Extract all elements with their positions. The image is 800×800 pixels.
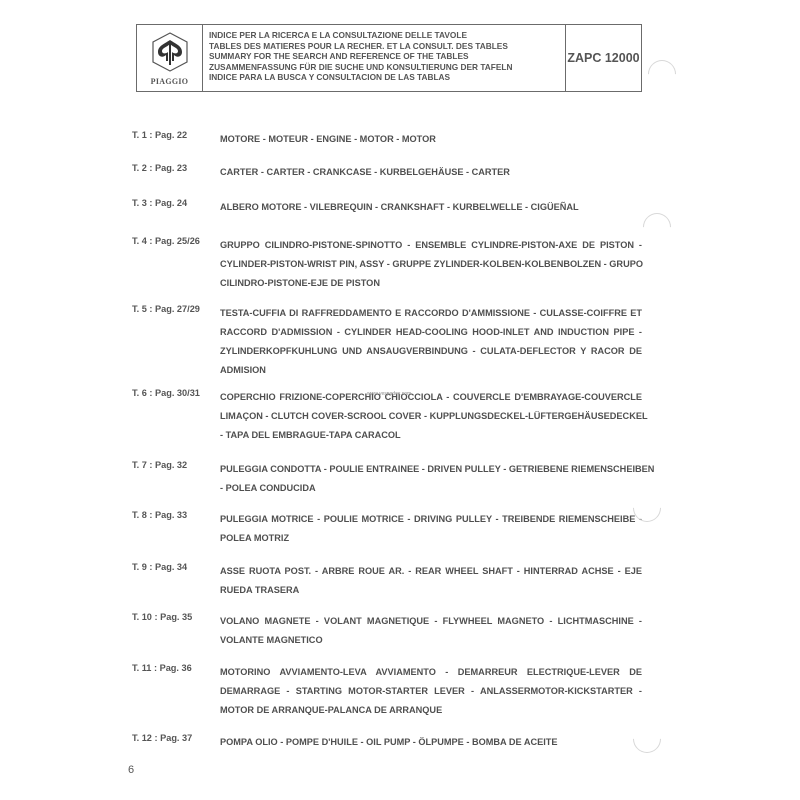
entry-description: PULEGGIA CONDOTTA - POULIE ENTRAINEE - D… [220,460,642,498]
description-line: MOTORINO AVVIAMENTO-LEVA AVVIAMENTO - DE… [220,663,642,682]
description-line: VOLANTE MAGNETICO [220,631,642,650]
index-header-box: PIAGGIO INDICE PER LA RICERCA E LA CONSU… [136,24,642,92]
page-number: 6 [128,764,134,776]
description-line: POMPA OLIO - POMPE D'HUILE - OIL PUMP - … [220,733,642,752]
entry-description: ALBERO MOTORE - VILEBREQUIN - CRANKSHAFT… [220,198,642,217]
description-line: - TAPA DEL EMBRAGUE-TAPA CARACOL [220,426,642,445]
table-page-reference: T. 2 : Pag. 23 [132,163,187,173]
description-line: CYLINDER-PISTON-WRIST PIN, ASSY - GRUPPE… [220,255,642,274]
description-line: PULEGGIA MOTRICE - POULIE MOTRICE - DRIV… [220,510,642,529]
watermark: www.vespadoc.com [367,391,411,397]
description-line: PULEGGIA CONDOTTA - POULIE ENTRAINEE - D… [220,460,642,479]
description-line: COPERCHIO FRIZIONE-COPERCHIO CHIOCCIOLA … [220,388,642,407]
entry-description: VOLANO MAGNETE - VOLANT MAGNETIQUE - FLY… [220,612,642,650]
description-line: GRUPPO CILINDRO-PISTONE-SPINOTTO - ENSEM… [220,236,642,255]
table-page-reference: T. 10 : Pag. 35 [132,612,192,622]
description-line: - POLEA CONDUCIDA [220,479,642,498]
table-page-reference: T. 4 : Pag. 25/26 [132,236,200,246]
description-line: ALBERO MOTORE - VILEBREQUIN - CRANKSHAFT… [220,198,642,217]
description-line: POLEA MOTRIZ [220,529,642,548]
table-page-reference: T. 3 : Pag. 24 [132,198,187,208]
document-code: ZAPC 12000 [566,25,641,91]
description-line: MOTORE - MOTEUR - ENGINE - MOTOR - MOTOR [220,130,642,149]
description-line: DEMARRAGE - STARTING MOTOR-STARTER LEVER… [220,682,642,701]
description-line: CARTER - CARTER - CRANKCASE - KURBELGEHÄ… [220,163,642,182]
description-line: CILINDRO-PISTONE-EJE DE PISTON [220,274,642,293]
title-line-it: INDICE PER LA RICERCA E LA CONSULTAZIONE… [209,30,559,41]
entry-description: MOTORINO AVVIAMENTO-LEVA AVVIAMENTO - DE… [220,663,642,720]
description-line: ASSE RUOTA POST. - ARBRE ROUE AR. - REAR… [220,562,642,581]
table-page-reference: T. 6 : Pag. 30/31 [132,388,200,398]
entry-description: PULEGGIA MOTRICE - POULIE MOTRICE - DRIV… [220,510,642,548]
title-line-de: ZUSAMMENFASSUNG FÜR DIE SUCHE UND KONSUL… [209,62,559,73]
entry-description: POMPA OLIO - POMPE D'HUILE - OIL PUMP - … [220,733,642,752]
binder-hole [637,207,677,247]
description-line: LIMAÇON - CLUTCH COVER-SCROOL COVER - KU… [220,407,642,426]
table-page-reference: T. 7 : Pag. 32 [132,460,187,470]
logo-cell: PIAGGIO [137,25,203,91]
binder-hole [627,719,667,759]
brand-name: PIAGGIO [151,77,189,86]
entry-description: GRUPPO CILINDRO-PISTONE-SPINOTTO - ENSEM… [220,236,642,293]
description-line: ADMISION [220,361,642,380]
index-title: INDICE PER LA RICERCA E LA CONSULTAZIONE… [203,25,566,91]
title-line-en: SUMMARY FOR THE SEARCH AND REFERENCE OF … [209,51,559,62]
entry-description: TESTA-CUFFIA DI RAFFREDDAMENTO E RACCORD… [220,304,642,380]
description-line: VOLANO MAGNETE - VOLANT MAGNETIQUE - FLY… [220,612,642,631]
table-page-reference: T. 8 : Pag. 33 [132,510,187,520]
title-line-es: INDICE PARA LA BUSCA Y CONSULTACION DE L… [209,72,559,83]
description-line: RACCORD D'ADMISSION - CYLINDER HEAD-COOL… [220,323,642,342]
description-line: RUEDA TRASERA [220,581,642,600]
description-line: MOTOR DE ARRANQUE-PALANCA DE ARRANQUE [220,701,642,720]
table-page-reference: T. 11 : Pag. 36 [132,663,192,673]
table-page-reference: T. 9 : Pag. 34 [132,562,187,572]
entry-description: COPERCHIO FRIZIONE-COPERCHIO CHIOCCIOLA … [220,388,642,445]
entry-description: MOTORE - MOTEUR - ENGINE - MOTOR - MOTOR [220,130,642,149]
title-line-fr: TABLES DES MATIERES POUR LA RECHER. ET L… [209,41,559,52]
description-line: ZYLINDERKOPFKUHLUNG UND ANSAUGVERBINDUNG… [220,342,642,361]
table-page-reference: T. 5 : Pag. 27/29 [132,304,200,314]
description-line: TESTA-CUFFIA DI RAFFREDDAMENTO E RACCORD… [220,304,642,323]
table-page-reference: T. 1 : Pag. 22 [132,130,187,140]
entry-description: CARTER - CARTER - CRANKCASE - KURBELGEHÄ… [220,163,642,182]
piaggio-logo-icon [150,31,190,75]
entry-description: ASSE RUOTA POST. - ARBRE ROUE AR. - REAR… [220,562,642,600]
table-page-reference: T. 12 : Pag. 37 [132,733,192,743]
binder-hole [642,54,682,94]
